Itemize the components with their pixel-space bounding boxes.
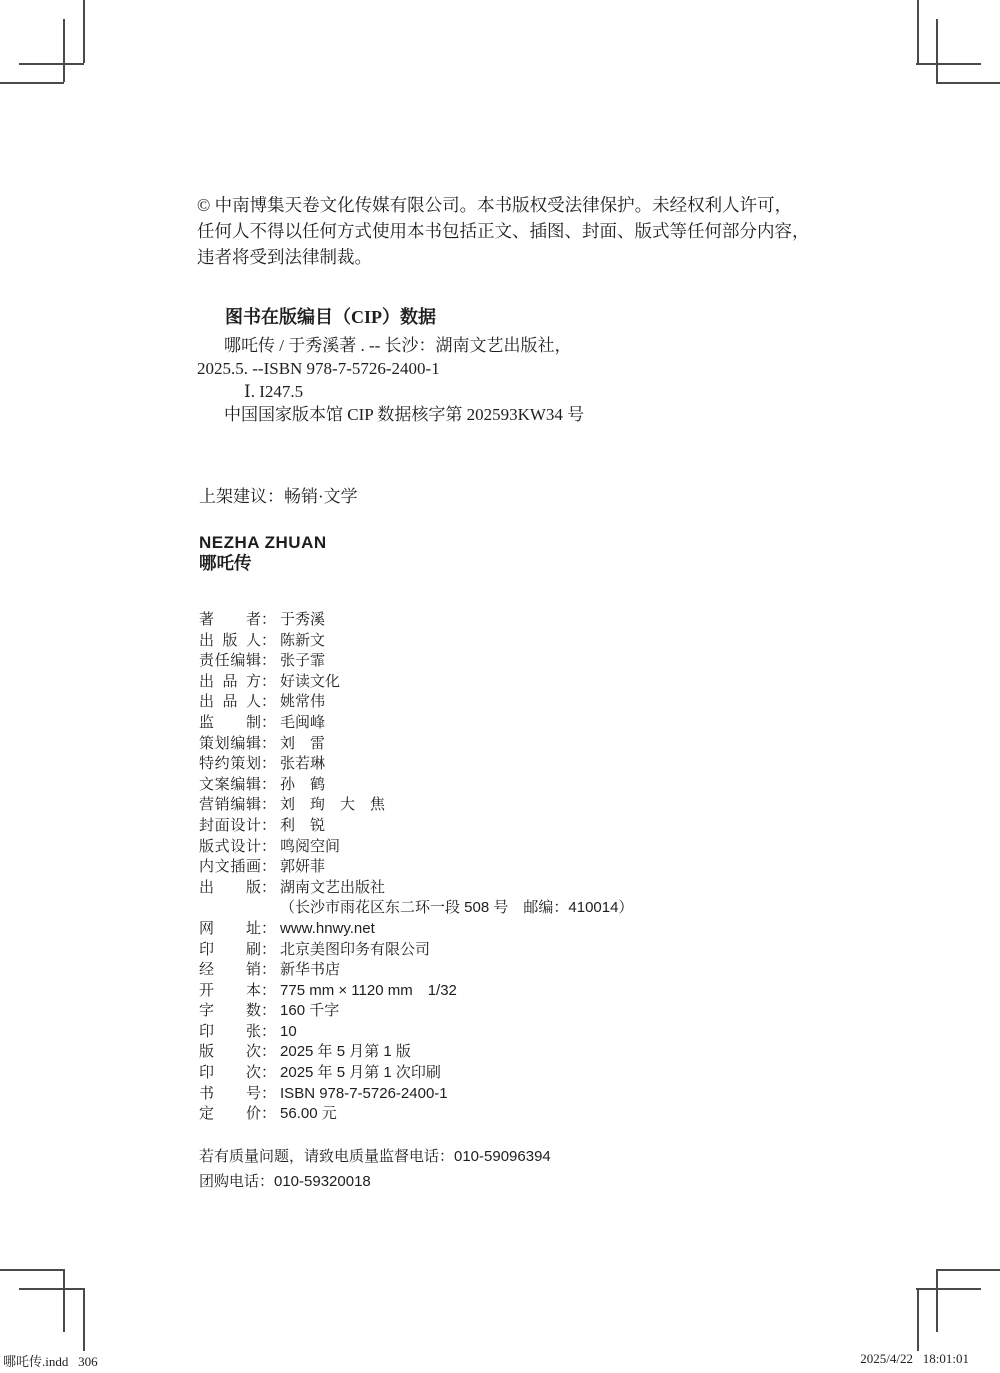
- credit-label: 著者: [199, 610, 261, 631]
- credit-colon: ：: [261, 1042, 276, 1063]
- credit-colon: ：: [261, 1084, 276, 1105]
- credit-row: 文案编辑：孙 鹤: [199, 775, 633, 796]
- credit-colon: ：: [261, 754, 276, 775]
- credit-row: 印刷：北京美图印务有限公司: [199, 940, 633, 961]
- credit-label: 出品方: [199, 672, 261, 693]
- book-titles: NEZHA ZHUAN 哪吒传: [199, 532, 327, 574]
- credit-label: 营销编辑: [199, 795, 261, 816]
- credit-value: （长沙市雨花区东二环一段 508 号 邮编：410014）: [280, 898, 633, 919]
- quality-line: 团购电话：010-59320018: [199, 1169, 551, 1194]
- credit-value: 刘 珣 大 焦: [280, 795, 385, 816]
- credit-value: www.hnwy.net: [280, 919, 375, 940]
- credit-label: 封面设计: [199, 816, 261, 837]
- crop-mark: [916, 1288, 981, 1290]
- credit-value: 于秀溪: [280, 610, 325, 631]
- credit-colon: ：: [261, 734, 276, 755]
- crop-mark: [936, 1269, 938, 1332]
- credit-label: 版次: [199, 1042, 261, 1063]
- credit-value: 刘 雷: [280, 734, 325, 755]
- cip-line: 中国国家版本馆 CIP 数据核字第 202593KW34 号: [224, 403, 584, 426]
- crop-mark: [63, 1269, 65, 1332]
- crop-mark: [0, 1269, 64, 1271]
- credit-label: 特约策划: [199, 754, 261, 775]
- crop-mark: [19, 1288, 84, 1290]
- credit-colon: ：: [261, 837, 276, 858]
- credit-value: ISBN 978-7-5726-2400-1: [280, 1084, 448, 1105]
- credit-value: 郭妍菲: [280, 857, 325, 878]
- crop-mark: [83, 0, 85, 63]
- credit-row: 定价：56.00 元: [199, 1104, 633, 1125]
- credit-label: 印次: [199, 1063, 261, 1084]
- credit-label: 内文插画: [199, 857, 261, 878]
- credit-label: 字数: [199, 1001, 261, 1022]
- credit-row: 印张：10: [199, 1022, 633, 1043]
- copyright-line: 任何人不得以任何方式使用本书包括正文、插图、封面、版式等任何部分内容，: [197, 218, 810, 244]
- cip-line: 2025.5. --ISBN 978-7-5726-2400-1: [197, 357, 584, 380]
- copyright-line: © 中南博集天卷文化传媒有限公司。本书版权受法律保护。未经权利人许可，: [197, 192, 810, 218]
- credit-label: 责任编辑: [199, 651, 261, 672]
- credit-row: 版式设计：鸣阅空间: [199, 837, 633, 858]
- credit-row: 开本：775 mm × 1120 mm 1/32: [199, 981, 633, 1002]
- credit-value: 56.00 元: [280, 1104, 337, 1125]
- credit-row: 内文插画：郭妍菲: [199, 857, 633, 878]
- credit-colon: ：: [261, 1022, 276, 1043]
- credit-label: 策划编辑: [199, 734, 261, 755]
- credit-value: 鸣阅空间: [280, 837, 340, 858]
- credit-label: 版式设计: [199, 837, 261, 858]
- credit-value: 10: [280, 1022, 297, 1043]
- footer-timestamp: 2025/4/22 18:01:01: [860, 1351, 969, 1367]
- crop-mark: [917, 1288, 919, 1351]
- credit-label: 定价: [199, 1104, 261, 1125]
- credit-row: 出品人：姚常伟: [199, 692, 633, 713]
- credit-label: 网址: [199, 919, 261, 940]
- copyright-line: 违者将受到法律制裁。: [197, 244, 810, 270]
- credit-colon: ：: [261, 919, 276, 940]
- credit-label: 书号: [199, 1084, 261, 1105]
- credit-label: 出版人: [199, 631, 261, 652]
- credit-label: 经销: [199, 960, 261, 981]
- copyright-notice: © 中南博集天卷文化传媒有限公司。本书版权受法律保护。未经权利人许可， 任何人不…: [197, 192, 810, 270]
- copyright-page: © 中南博集天卷文化传媒有限公司。本书版权受法律保护。未经权利人许可， 任何人不…: [0, 0, 1000, 1373]
- crop-mark: [936, 1269, 1000, 1271]
- crop-mark: [19, 63, 84, 65]
- credit-label: 印刷: [199, 940, 261, 961]
- cip-line: Ⅰ. I247.5: [244, 380, 584, 403]
- crop-mark: [83, 1288, 85, 1351]
- credit-label: 文案编辑: [199, 775, 261, 796]
- quality-line: 若有质量问题，请致电质量监督电话：010-59096394: [199, 1144, 551, 1169]
- credit-row: 责任编辑：张子霏: [199, 651, 633, 672]
- credit-row: 策划编辑：刘 雷: [199, 734, 633, 755]
- credit-row: 监制：毛闽峰: [199, 713, 633, 734]
- credits-list: 著者：于秀溪出版人：陈新文责任编辑：张子霏出品方：好读文化出品人：姚常伟监制：毛…: [199, 610, 633, 1125]
- quality-hotline: 若有质量问题，请致电质量监督电话：010-59096394 团购电话：010-5…: [199, 1144, 551, 1194]
- credit-row: 出品方：好读文化: [199, 672, 633, 693]
- credit-value: 张若琳: [280, 754, 325, 775]
- credit-label: 出品人: [199, 692, 261, 713]
- credit-row: 书号：ISBN 978-7-5726-2400-1: [199, 1084, 633, 1105]
- credit-colon: ：: [261, 692, 276, 713]
- crop-mark: [63, 19, 65, 82]
- footer-file-name: 哪吒传.indd 306: [3, 1351, 98, 1370]
- cip-block: 图书在版编目（CIP）数据 哪吒传 / 于秀溪著 . -- 长沙：湖南文艺出版社…: [197, 306, 584, 426]
- credit-row: 字数：160 千字: [199, 1001, 633, 1022]
- credit-label: 监制: [199, 713, 261, 734]
- credit-colon: ：: [261, 631, 276, 652]
- crop-mark: [917, 0, 919, 63]
- credit-value: 陈新文: [280, 631, 325, 652]
- crop-mark: [936, 82, 1000, 84]
- shelf-suggestion: 上架建议：畅销·文学: [199, 482, 358, 507]
- credit-row: 封面设计：利 锐: [199, 816, 633, 837]
- credit-colon: ：: [261, 1001, 276, 1022]
- credit-colon: ：: [261, 878, 276, 899]
- credit-value: 姚常伟: [280, 692, 325, 713]
- crop-mark: [916, 63, 981, 65]
- credit-colon: ：: [261, 1104, 276, 1125]
- credit-row: 营销编辑：刘 珣 大 焦: [199, 795, 633, 816]
- credit-label: 开本: [199, 981, 261, 1002]
- cip-line: 哪吒传 / 于秀溪著 . -- 长沙：湖南文艺出版社，: [224, 334, 584, 357]
- credit-value: 775 mm × 1120 mm 1/32: [280, 981, 457, 1002]
- credit-colon: ：: [261, 651, 276, 672]
- credit-label: 出版: [199, 878, 261, 899]
- cip-title: 图书在版编目（CIP）数据: [225, 306, 584, 329]
- credit-colon: ：: [261, 816, 276, 837]
- credit-colon: ：: [261, 713, 276, 734]
- credit-value: 毛闽峰: [280, 713, 325, 734]
- credit-value: 张子霏: [280, 651, 325, 672]
- credit-value: 利 锐: [280, 816, 325, 837]
- credit-colon: ：: [261, 610, 276, 631]
- credit-colon: ：: [261, 981, 276, 1002]
- credit-row: 版次：2025 年 5 月第 1 版: [199, 1042, 633, 1063]
- credit-colon: ：: [261, 775, 276, 796]
- credit-row: ：（长沙市雨花区东二环一段 508 号 邮编：410014）: [199, 898, 633, 919]
- credit-row: 出版：湖南文艺出版社: [199, 878, 633, 899]
- credit-colon: ：: [261, 1063, 276, 1084]
- credit-value: 2025 年 5 月第 1 次印刷: [280, 1063, 441, 1084]
- crop-mark: [0, 82, 64, 84]
- credit-colon: ：: [261, 672, 276, 693]
- credit-colon: ：: [261, 795, 276, 816]
- book-title-pinyin: NEZHA ZHUAN: [199, 532, 327, 553]
- credit-value: 湖南文艺出版社: [280, 878, 385, 899]
- credit-row: 网址：www.hnwy.net: [199, 919, 633, 940]
- credit-value: 好读文化: [280, 672, 340, 693]
- credit-row: 出版人：陈新文: [199, 631, 633, 652]
- credit-value: 孙 鹤: [280, 775, 325, 796]
- credit-row: 著者：于秀溪: [199, 610, 633, 631]
- credit-row: 经销：新华书店: [199, 960, 633, 981]
- credit-label: 印张: [199, 1022, 261, 1043]
- crop-mark: [936, 19, 938, 82]
- credit-colon: ：: [261, 960, 276, 981]
- credit-value: 2025 年 5 月第 1 版: [280, 1042, 411, 1063]
- credit-row: 特约策划：张若琳: [199, 754, 633, 775]
- book-title-chinese: 哪吒传: [199, 553, 327, 574]
- credit-value: 160 千字: [280, 1001, 339, 1022]
- credit-row: 印次：2025 年 5 月第 1 次印刷: [199, 1063, 633, 1084]
- credit-colon: ：: [261, 940, 276, 961]
- credit-colon: ：: [261, 857, 276, 878]
- credit-value: 北京美图印务有限公司: [280, 940, 430, 961]
- credit-value: 新华书店: [280, 960, 340, 981]
